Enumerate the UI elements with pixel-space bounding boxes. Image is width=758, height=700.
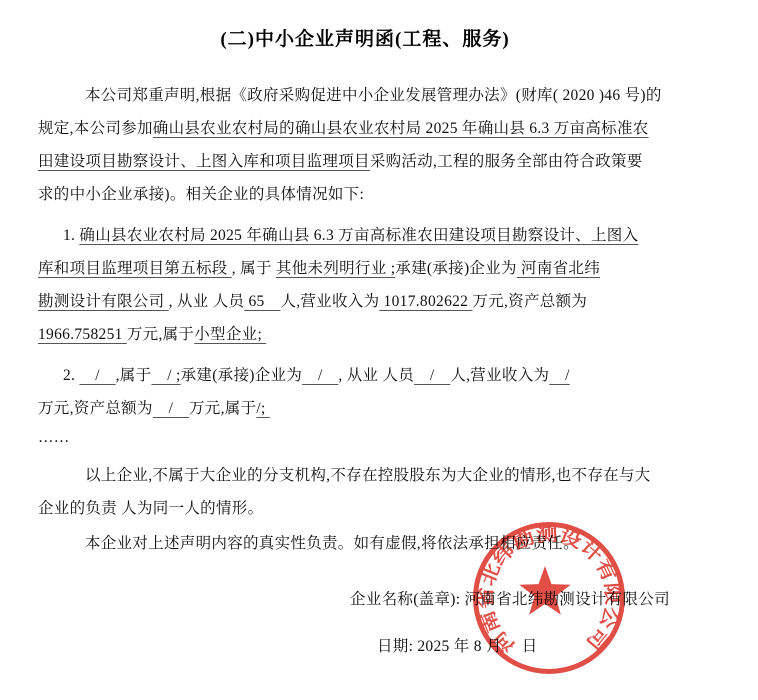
static-text: , 从业 人员 xyxy=(338,367,414,384)
paragraph-responsibility: 本企业对上述声明内容的真实性负责。如有虚假,将依法承担相应责任。 xyxy=(38,527,718,560)
text-line: 勘测设计有限公司 , 从业 人员 65 人,营业收入为 1017.802622 … xyxy=(38,285,718,318)
static-text: 万元,属于 xyxy=(127,326,194,343)
paragraph-item-2: 2. / ,属于 / ;承建(承接)企业为 / , 从业 人员 / 人,营业收入… xyxy=(38,359,718,425)
underlined-field-text: 1017.802622 xyxy=(379,293,472,310)
underlined-field-text: / xyxy=(153,400,189,417)
page-title: (二)中小企业声明函(工程、服务) xyxy=(0,0,744,51)
underlined-field-text: /; xyxy=(256,400,269,417)
text-line: 田建设项目勘察设计、上图入库和项目监理项目采购活动,工程的服务全部由符合政策要 xyxy=(38,145,718,178)
text-line: 库和项目监理项目第五标段 , 属于 其他未列明行业 ;承建(承接)企业为 河南省… xyxy=(38,252,718,285)
declaration-body: 本公司郑重声明,根据《政府采购促进中小企业发展管理办法》(财库( 2020 )4… xyxy=(0,79,758,663)
static-text: 以上企业,不属于大企业的分支机构,不存在控股股东为大企业的情形,也不存在与大 xyxy=(85,467,651,484)
underlined-field-text: / xyxy=(549,367,569,384)
static-text: 采购活动,工程的服务全部由符合政策要 xyxy=(370,153,643,170)
static-text: 人,营业收入为 xyxy=(280,293,379,310)
text-line: 1966.758251 万元,属于小型企业; xyxy=(38,318,718,351)
underlined-field-text: 确山县农业农村局的确山县农业农村局 2025 年确山县 6.3 万亩高标准农 xyxy=(153,120,649,137)
static-text: 规定,本公司参加 xyxy=(38,120,153,137)
declaration-document: (二)中小企业声明函(工程、服务) 本公司郑重声明,根据《政府采购促进中小企业发… xyxy=(0,0,758,700)
static-text: ,属于 xyxy=(116,367,152,384)
underlined-field-text: 其他未列明行业 ; xyxy=(276,260,395,277)
paragraph-intro: 本公司郑重声明,根据《政府采购促进中小企业发展管理办法》(财库( 2020 )4… xyxy=(38,79,718,211)
paragraph-no-large-enterprise: 以上企业,不属于大企业的分支机构,不存在控股股东为大企业的情形,也不存在与大 企… xyxy=(38,459,718,525)
ellipsis-line: …… xyxy=(38,421,718,454)
underlined-field-text: 小型企业; xyxy=(194,326,266,343)
text-line: 本企业对上述声明内容的真实性负责。如有虚假,将依法承担相应责任。 xyxy=(38,527,718,560)
text-line: 以上企业,不属于大企业的分支机构,不存在控股股东为大企业的情形,也不存在与大 xyxy=(38,459,718,492)
static-text: , 从业 人员 xyxy=(169,293,245,310)
underlined-field-text: 河南省北纬 xyxy=(517,260,600,277)
static-text: 万元,属于 xyxy=(189,400,256,417)
static-text: 承建(承接)企业为 xyxy=(181,367,303,384)
static-text: 本企业对上述声明内容的真实性负责。如有虚假,将依法承担相应责任。 xyxy=(85,535,579,552)
underlined-field-text: 确山县农业农村局 2025 年确山县 6.3 万亩高标准农田建设项目勘察设计、上… xyxy=(79,227,638,244)
text-line: 本公司郑重声明,根据《政府采购促进中小企业发展管理办法》(财库( 2020 )4… xyxy=(38,79,718,112)
static-text: 企业的负责 人为同一人的情形。 xyxy=(38,500,263,517)
underlined-field-text: 65 xyxy=(244,293,280,310)
static-text: 万元,资产总额为 xyxy=(472,293,587,310)
static-text: 1. xyxy=(63,227,79,244)
static-text: 求的中小企业承接)。相关企业的具体情况如下: xyxy=(38,186,364,203)
underlined-field-text: 库和项目监理项目第五标段 xyxy=(38,260,232,277)
static-text: 2. xyxy=(63,367,79,384)
paragraph-item-1: 1. 确山县农业农村局 2025 年确山县 6.3 万亩高标准农田建设项目勘察设… xyxy=(38,219,718,351)
underlined-field-text: 1966.758251 xyxy=(38,326,127,343)
signature-company-line: 企业名称(盖章): 河南省北纬勘测设计有限公司 xyxy=(38,583,718,616)
underlined-field-text: / ; xyxy=(151,367,180,384)
underlined-field-text: / xyxy=(302,367,338,384)
text-line: 规定,本公司参加确山县农业农村局的确山县农业农村局 2025 年确山县 6.3 … xyxy=(38,112,718,145)
underlined-field-text: / xyxy=(79,367,115,384)
text-line: 2. / ,属于 / ;承建(承接)企业为 / , 从业 人员 / 人,营业收入… xyxy=(38,359,718,392)
underlined-field-text: 勘测设计有限公司 xyxy=(38,293,169,310)
signature-date-line: 日期: 2025 年 8 月 日 xyxy=(38,630,718,663)
static-text: 万元,资产总额为 xyxy=(38,400,153,417)
text-line: 企业的负责 人为同一人的情形。 xyxy=(38,492,718,525)
underlined-field-text: / xyxy=(414,367,450,384)
static-text: 人,营业收入为 xyxy=(450,367,549,384)
static-text: , 属于 xyxy=(232,260,276,277)
text-line: 求的中小企业承接)。相关企业的具体情况如下: xyxy=(38,178,718,211)
text-line: 1. 确山县农业农村局 2025 年确山县 6.3 万亩高标准农田建设项目勘察设… xyxy=(38,219,718,252)
static-text: 承建(承接)企业为 xyxy=(395,260,517,277)
underlined-field-text: 田建设项目勘察设计、上图入库和项目监理项目 xyxy=(38,153,370,170)
static-text: 本公司郑重声明,根据《政府采购促进中小企业发展管理办法》(财库( 2020 )4… xyxy=(85,87,662,104)
